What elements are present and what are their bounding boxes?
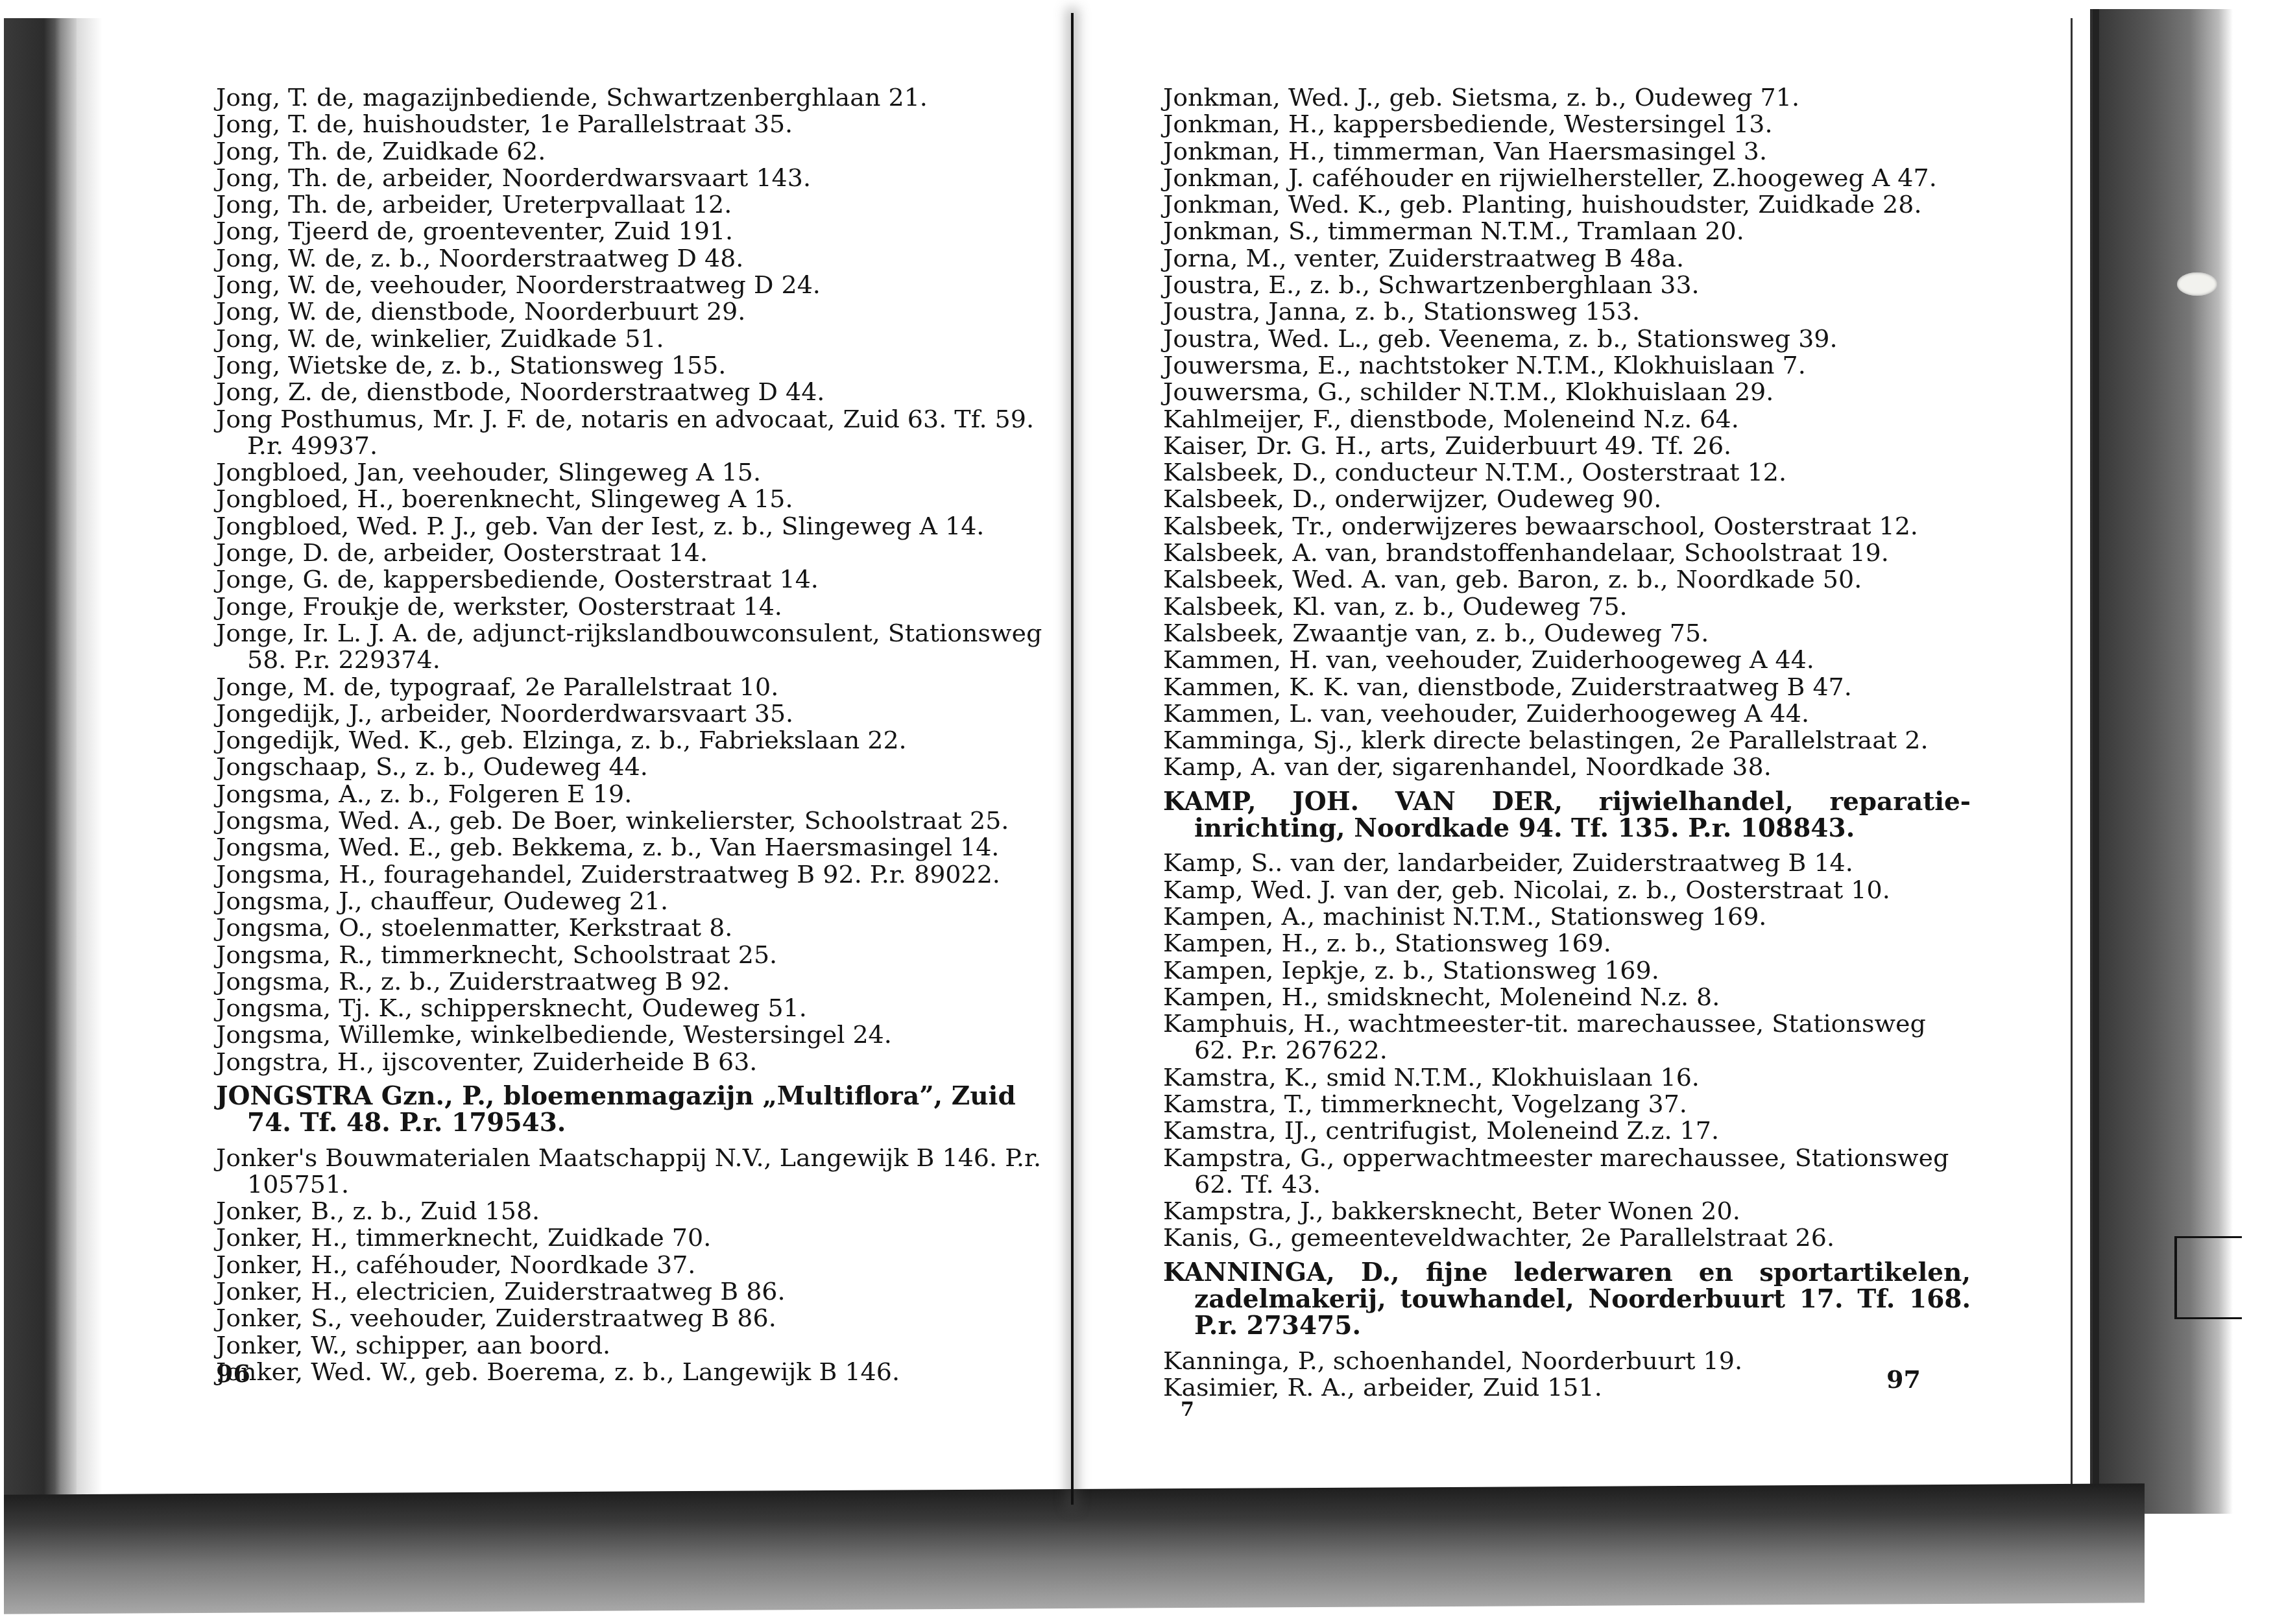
directory-entry: Kamstra, IJ., centrifugist, Moleneind Z.…: [1163, 1117, 1971, 1144]
directory-entry: Kammen, H. van, veehouder, Zuiderhoogewe…: [1163, 647, 1971, 673]
directory-entry: Jongsma, H., fouragehandel, Zuiderstraat…: [216, 861, 1059, 888]
directory-entry: Jonker, H., electricien, Zuiderstraatweg…: [216, 1278, 1059, 1305]
directory-entry: Jonge, G. de, kappersbediende, Oosterstr…: [216, 566, 1059, 593]
directory-entry: Kalsbeek, A. van, brandstoffenhandelaar,…: [1163, 540, 1971, 566]
right-page-edge-line: [2071, 18, 2073, 1510]
directory-entry: Joustra, Wed. L., geb. Veenema, z. b., S…: [1163, 326, 1971, 352]
directory-entry: Jong, W. de, z. b., Noorderstraatweg D 4…: [216, 245, 1059, 272]
directory-entry: Kamp, S.. van der, landarbeider, Zuiders…: [1163, 850, 1971, 876]
directory-entry-advert: KAMP, JOH. VAN DER, rijwielhandel, repar…: [1163, 789, 1971, 842]
signature-mark: 7: [1181, 1398, 1194, 1421]
directory-entry: Jongbloed, Wed. P. J., geb. Van der Iest…: [216, 513, 1059, 540]
directory-entry: Kamp, A. van der, sigarenhandel, Noordka…: [1163, 754, 1971, 780]
directory-entry: Jongbloed, Jan, veehouder, Slingeweg A 1…: [216, 459, 1059, 486]
directory-entry: Kammen, L. van, veehouder, Zuiderhoogewe…: [1163, 700, 1971, 727]
directory-entry: Jonker, H., caféhouder, Noordkade 37.: [216, 1252, 1059, 1278]
directory-entry: Jong, Th. de, Zuidkade 62.: [216, 138, 1059, 165]
directory-entry: Jonker's Bouwmaterialen Maatschappij N.V…: [216, 1145, 1059, 1199]
directory-entry: Kahlmeijer, F., dienstbode, Moleneind N.…: [1163, 406, 1971, 433]
directory-entry: Jonge, Ir. L. J. A. de, adjunct-rijkslan…: [216, 620, 1059, 674]
directory-entry: Jongsma, O., stoelenmatter, Kerkstraat 8…: [216, 914, 1059, 941]
directory-entry: Kaiser, Dr. G. H., arts, Zuiderbuurt 49.…: [1163, 433, 1971, 459]
directory-entry: Jongsma, Tj. K., schippersknecht, Oudewe…: [216, 995, 1059, 1021]
directory-entry: Jong, T. de, huishoudster, 1e Parallelst…: [216, 111, 1059, 137]
index-tab-notch-icon: [2174, 1236, 2242, 1319]
directory-entry: Kalsbeek, Wed. A. van, geb. Baron, z. b.…: [1163, 566, 1971, 593]
scanned-book-spread: Jong, T. de, magazijnbediende, Schwartze…: [0, 0, 2273, 1624]
directory-entry: Jonkman, J. caféhouder en rijwielherstel…: [1163, 165, 1971, 191]
directory-entry: Jongsma, A., z. b., Folgeren E 19.: [216, 781, 1059, 807]
directory-entry: Joustra, Janna, z. b., Stationsweg 153.: [1163, 298, 1971, 325]
directory-entry: Jonker, H., timmerknecht, Zuidkade 70.: [216, 1224, 1059, 1251]
directory-entry: Jongsma, Willemke, winkelbediende, Weste…: [216, 1021, 1059, 1048]
book-spine: [1071, 13, 1074, 1505]
right-page-edge-line-dark: [2093, 9, 2099, 1520]
directory-entry: Kampen, Iepkje, z. b., Stationsweg 169.: [1163, 957, 1971, 984]
directory-entry: Kampstra, J., bakkersknecht, Beter Wonen…: [1163, 1198, 1971, 1224]
directory-entry: Kalsbeek, Zwaantje van, z. b., Oudeweg 7…: [1163, 620, 1971, 647]
bottom-book-edge-shadow: [4, 1483, 2145, 1614]
directory-entry: Joustra, E., z. b., Schwartzenberghlaan …: [1163, 272, 1971, 298]
directory-entry: Kalsbeek, Tr., onderwijzeres bewaarschoo…: [1163, 513, 1971, 540]
directory-entry: Kanninga, P., schoenhandel, Noorderbuurt…: [1163, 1348, 1971, 1374]
directory-entry: Kamminga, Sj., klerk directe belastingen…: [1163, 727, 1971, 754]
directory-entry: Jong, Th. de, arbeider, Noorderdwarsvaar…: [216, 165, 1059, 191]
directory-entry: Kampen, H., smidsknecht, Moleneind N.z. …: [1163, 984, 1971, 1010]
directory-entry: Kampen, A., machinist N.T.M., Stationswe…: [1163, 903, 1971, 930]
directory-entry: Kamp, Wed. J. van der, geb. Nicolai, z. …: [1163, 877, 1971, 903]
directory-entry: Jongschaap, S., z. b., Oudeweg 44.: [216, 754, 1059, 780]
directory-entry: Jong, Th. de, arbeider, Ureterpvallaat 1…: [216, 191, 1059, 218]
directory-entry: Jong, W. de, veehouder, Noorderstraatweg…: [216, 272, 1059, 298]
left-page-entries: Jong, T. de, magazijnbediende, Schwartze…: [216, 84, 1059, 1385]
directory-entry: Jong Posthumus, Mr. J. F. de, notaris en…: [216, 406, 1059, 460]
directory-entry: Jonkman, Wed. K., geb. Planting, huishou…: [1163, 191, 1971, 218]
directory-entry: Jong, W. de, dienstbode, Noorderbuurt 29…: [216, 298, 1059, 325]
directory-entry: Kanis, G., gemeenteveldwachter, 2e Paral…: [1163, 1224, 1971, 1251]
directory-entry: Jonkman, H., kappersbediende, Westersing…: [1163, 111, 1971, 137]
directory-entry: Jonkman, Wed. J., geb. Sietsma, z. b., O…: [1163, 84, 1971, 111]
directory-entry: Jonkman, S., timmerman N.T.M., Tramlaan …: [1163, 218, 1971, 245]
directory-entry: Jonker, B., z. b., Zuid 158.: [216, 1198, 1059, 1224]
directory-entry: Jong, Wietske de, z. b., Stationsweg 155…: [216, 352, 1059, 379]
directory-entry: Kamstra, K., smid N.T.M., Klokhuislaan 1…: [1163, 1064, 1971, 1091]
directory-entry: Jonge, M. de, typograaf, 2e Parallelstra…: [216, 674, 1059, 700]
directory-entry: Jongedijk, J., arbeider, Noorderdwarsvaa…: [216, 700, 1059, 727]
directory-entry: Jongsma, R., timmerknecht, Schoolstraat …: [216, 942, 1059, 968]
directory-entry: Jouwersma, G., schilder N.T.M., Klokhuis…: [1163, 379, 1971, 405]
right-page-entries: Jonkman, Wed. J., geb. Sietsma, z. b., O…: [1163, 84, 1971, 1401]
directory-entry: Kasimier, R. A., arbeider, Zuid 151.: [1163, 1374, 1971, 1401]
directory-entry: Jongsma, J., chauffeur, Oudeweg 21.: [216, 888, 1059, 914]
directory-entry: Jonkman, H., timmerman, Van Haersmasinge…: [1163, 138, 1971, 165]
directory-entry: Jonker, Wed. W., geb. Boerema, z. b., La…: [216, 1359, 1059, 1385]
directory-entry: Jongsma, Wed. A., geb. De Boer, winkelie…: [216, 807, 1059, 834]
left-book-edge-shadow: [4, 18, 77, 1549]
directory-entry: Jongbloed, H., boerenknecht, Slingeweg A…: [216, 486, 1059, 512]
directory-entry: Jongsma, R., z. b., Zuiderstraatweg B 92…: [216, 968, 1059, 995]
directory-entry: Kalsbeek, D., onderwijzer, Oudeweg 90.: [1163, 486, 1971, 512]
directory-entry: Kamphuis, H., wachtmeester-tit. marechau…: [1163, 1010, 1971, 1064]
directory-entry: Jong, Tjeerd de, groenteventer, Zuid 191…: [216, 218, 1059, 245]
directory-entry: Jong, Z. de, dienstbode, Noorderstraatwe…: [216, 379, 1059, 405]
directory-entry: Jonker, W., schipper, aan boord.: [216, 1332, 1059, 1359]
directory-entry: Kammen, K. K. van, dienstbode, Zuiderstr…: [1163, 674, 1971, 700]
directory-entry: Jong, T. de, magazijnbediende, Schwartze…: [216, 84, 1059, 111]
directory-entry: Jongedijk, Wed. K., geb. Elzinga, z. b.,…: [216, 727, 1059, 754]
page-number-right: 97: [1886, 1365, 1921, 1394]
directory-entry: Jongstra, H., ijscoventer, Zuiderheide B…: [216, 1049, 1059, 1075]
directory-entry: Jong, W. de, winkelier, Zuidkade 51.: [216, 326, 1059, 352]
directory-entry-advert: KANNINGA, D., fijne lederwaren en sporta…: [1163, 1260, 1971, 1340]
directory-entry: Jonge, D. de, arbeider, Oosterstraat 14.: [216, 540, 1059, 566]
directory-entry: Kalsbeek, Kl. van, z. b., Oudeweg 75.: [1163, 593, 1971, 620]
directory-entry: Kalsbeek, D., conducteur N.T.M., Oosters…: [1163, 459, 1971, 486]
directory-entry: Jongsma, Wed. E., geb. Bekkema, z. b., V…: [216, 834, 1059, 861]
punch-hole-icon: [2177, 272, 2217, 296]
directory-entry: Jonge, Froukje de, werkster, Oosterstraa…: [216, 593, 1059, 620]
directory-entry: Kamstra, T., timmerknecht, Vogelzang 37.: [1163, 1091, 1971, 1117]
page-number-left: 96: [216, 1359, 250, 1388]
directory-entry: Jorna, M., venter, Zuiderstraatweg B 48a…: [1163, 245, 1971, 272]
directory-entry: Kampen, H., z. b., Stationsweg 169.: [1163, 930, 1971, 957]
directory-entry: Jonker, S., veehouder, Zuiderstraatweg B…: [216, 1305, 1059, 1331]
directory-entry-advert: JONGSTRA Gzn., P., bloemenmagazijn „Mult…: [216, 1083, 1059, 1137]
directory-entry: Kampstra, G., opperwachtmeester marechau…: [1163, 1145, 1971, 1199]
directory-entry: Jouwersma, E., nachtstoker N.T.M., Klokh…: [1163, 352, 1971, 379]
